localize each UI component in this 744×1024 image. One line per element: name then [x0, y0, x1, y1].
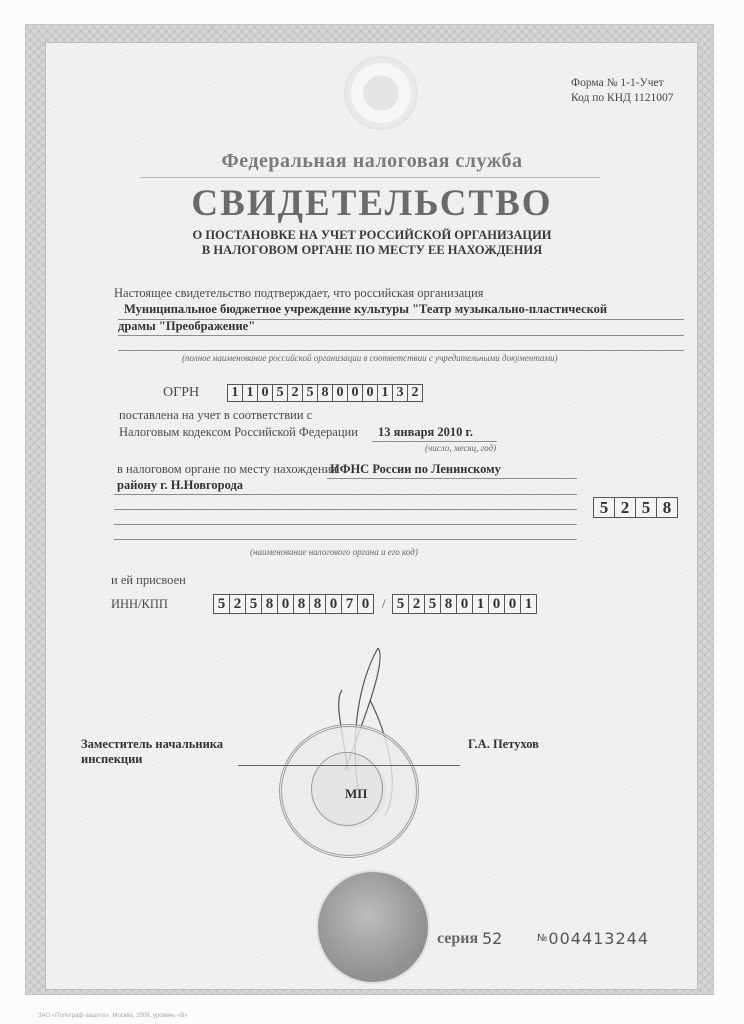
- underline: [118, 350, 684, 351]
- ogrn-digit: 2: [287, 385, 302, 401]
- date-hint: (число, месяц, год): [425, 443, 496, 453]
- ogrn-digit: 2: [407, 385, 422, 401]
- kpp-digit: 0: [456, 595, 472, 613]
- inn-digit-boxes: 5258088070: [213, 594, 374, 614]
- underline: [372, 441, 497, 442]
- underline: [114, 524, 577, 525]
- tax-authority-name-line1: ИФНС России по Ленинскому: [330, 462, 501, 477]
- kpp-digit: 0: [504, 595, 520, 613]
- document-title: СВИДЕТЕЛЬСТВО: [0, 182, 744, 225]
- kpp-digit: 8: [440, 595, 456, 613]
- tax-authority-name-line2: району г. Н.Новгорода: [117, 478, 243, 493]
- signer-position-line1: Заместитель начальника: [81, 737, 223, 752]
- number-sign: №: [537, 933, 548, 944]
- ogrn-digit: 0: [257, 385, 272, 401]
- tax-authority-hint: (наименование налогового органа и его ко…: [250, 547, 418, 557]
- registration-line2: Налоговым кодексом Российской Федерации: [119, 425, 358, 440]
- form-number: Форма № 1-1-Учет: [571, 76, 674, 91]
- registration-line1: поставлена на учет в соответствии с: [119, 408, 312, 423]
- kpp-digit: 1: [472, 595, 488, 613]
- serial-number: №004413244: [537, 929, 649, 948]
- organization-name-line2: драмы "Преображение": [118, 319, 255, 334]
- tax-authority-intro: в налоговом органе по месту нахождения: [117, 462, 337, 477]
- inn-digit: 5: [245, 595, 261, 613]
- underline: [114, 539, 577, 540]
- code-digit: 5: [635, 498, 656, 517]
- ogrn-digit: 5: [302, 385, 317, 401]
- subtitle-line: В НАЛОГОВОМ ОРГАНЕ ПО МЕСТУ ЕЕ НАХОЖДЕНИ…: [0, 243, 744, 258]
- ogrn-digit: 8: [317, 385, 332, 401]
- inn-kpp-separator: /: [382, 597, 385, 612]
- ogrn-digit: 0: [332, 385, 347, 401]
- signer-position-line2: инспекции: [81, 752, 143, 767]
- inn-digit: 2: [229, 595, 245, 613]
- inn-digit: 7: [341, 595, 357, 613]
- signer-name: Г.А. Петухов: [468, 737, 539, 752]
- inn-kpp-label: ИНН/КПП: [111, 597, 168, 612]
- subtitle-line: О ПОСТАНОВКЕ НА УЧЕТ РОССИЙСКОЙ ОРГАНИЗА…: [0, 228, 744, 243]
- state-emblem-icon: [344, 56, 418, 130]
- underline: [327, 478, 577, 479]
- inn-digit: 0: [357, 595, 373, 613]
- inn-digit: 0: [325, 595, 341, 613]
- divider: [140, 177, 600, 178]
- ogrn-digit: 0: [362, 385, 377, 401]
- inn-digit: 5: [214, 595, 229, 613]
- underline: [114, 494, 577, 495]
- signature-line: [238, 765, 460, 766]
- organization-hint: (полное наименование российской организа…: [182, 353, 558, 363]
- registration-date: 13 января 2010 г.: [378, 425, 473, 440]
- printer-imprint: ЗАО «Полиграф-защита», Москва, 2009, уро…: [38, 1013, 188, 1019]
- assigned-label: и ей присвоен: [111, 573, 186, 588]
- agency-name: Федеральная налоговая служба: [0, 150, 744, 173]
- inn-digit: 8: [261, 595, 277, 613]
- ogrn-digit: 3: [392, 385, 407, 401]
- kpp-digit: 5: [393, 595, 408, 613]
- ogrn-digit: 0: [347, 385, 362, 401]
- underline: [118, 335, 684, 336]
- inn-digit: 8: [293, 595, 309, 613]
- serial-value: 004413244: [548, 929, 649, 948]
- ogrn-digit: 5: [272, 385, 287, 401]
- hologram-seal-icon: [318, 872, 428, 982]
- ogrn-digit: 1: [228, 385, 242, 401]
- kpp-digit: 5: [424, 595, 440, 613]
- kpp-digit-boxes: 525801001: [392, 594, 537, 614]
- ogrn-digit: 1: [377, 385, 392, 401]
- series-label: серия: [437, 930, 478, 948]
- form-code-block: Форма № 1-1-Учет Код по КНД 1121007: [571, 76, 674, 106]
- ogrn-digit-boxes: 1105258000132: [227, 384, 423, 402]
- code-digit: 2: [614, 498, 635, 517]
- ogrn-digit: 1: [242, 385, 257, 401]
- organization-name-line1: Муниципальное бюджетное учреждение культ…: [124, 302, 607, 317]
- inn-digit: 8: [309, 595, 325, 613]
- kpp-digit: 2: [408, 595, 424, 613]
- knd-code: Код по КНД 1121007: [571, 91, 674, 106]
- code-digit: 8: [656, 498, 677, 517]
- ogrn-label: ОГРН: [163, 385, 199, 401]
- kpp-digit: 1: [520, 595, 536, 613]
- organization-intro: Настоящее свидетельство подтверждает, чт…: [114, 286, 483, 301]
- stamp-mark: МП: [345, 786, 367, 802]
- document-subtitle: О ПОСТАНОВКЕ НА УЧЕТ РОССИЙСКОЙ ОРГАНИЗА…: [0, 228, 744, 258]
- kpp-digit: 0: [488, 595, 504, 613]
- series-number: 52: [482, 929, 502, 948]
- tax-authority-code-boxes: 5258: [593, 497, 678, 518]
- underline: [114, 509, 577, 510]
- code-digit: 5: [594, 498, 614, 517]
- inn-digit: 0: [277, 595, 293, 613]
